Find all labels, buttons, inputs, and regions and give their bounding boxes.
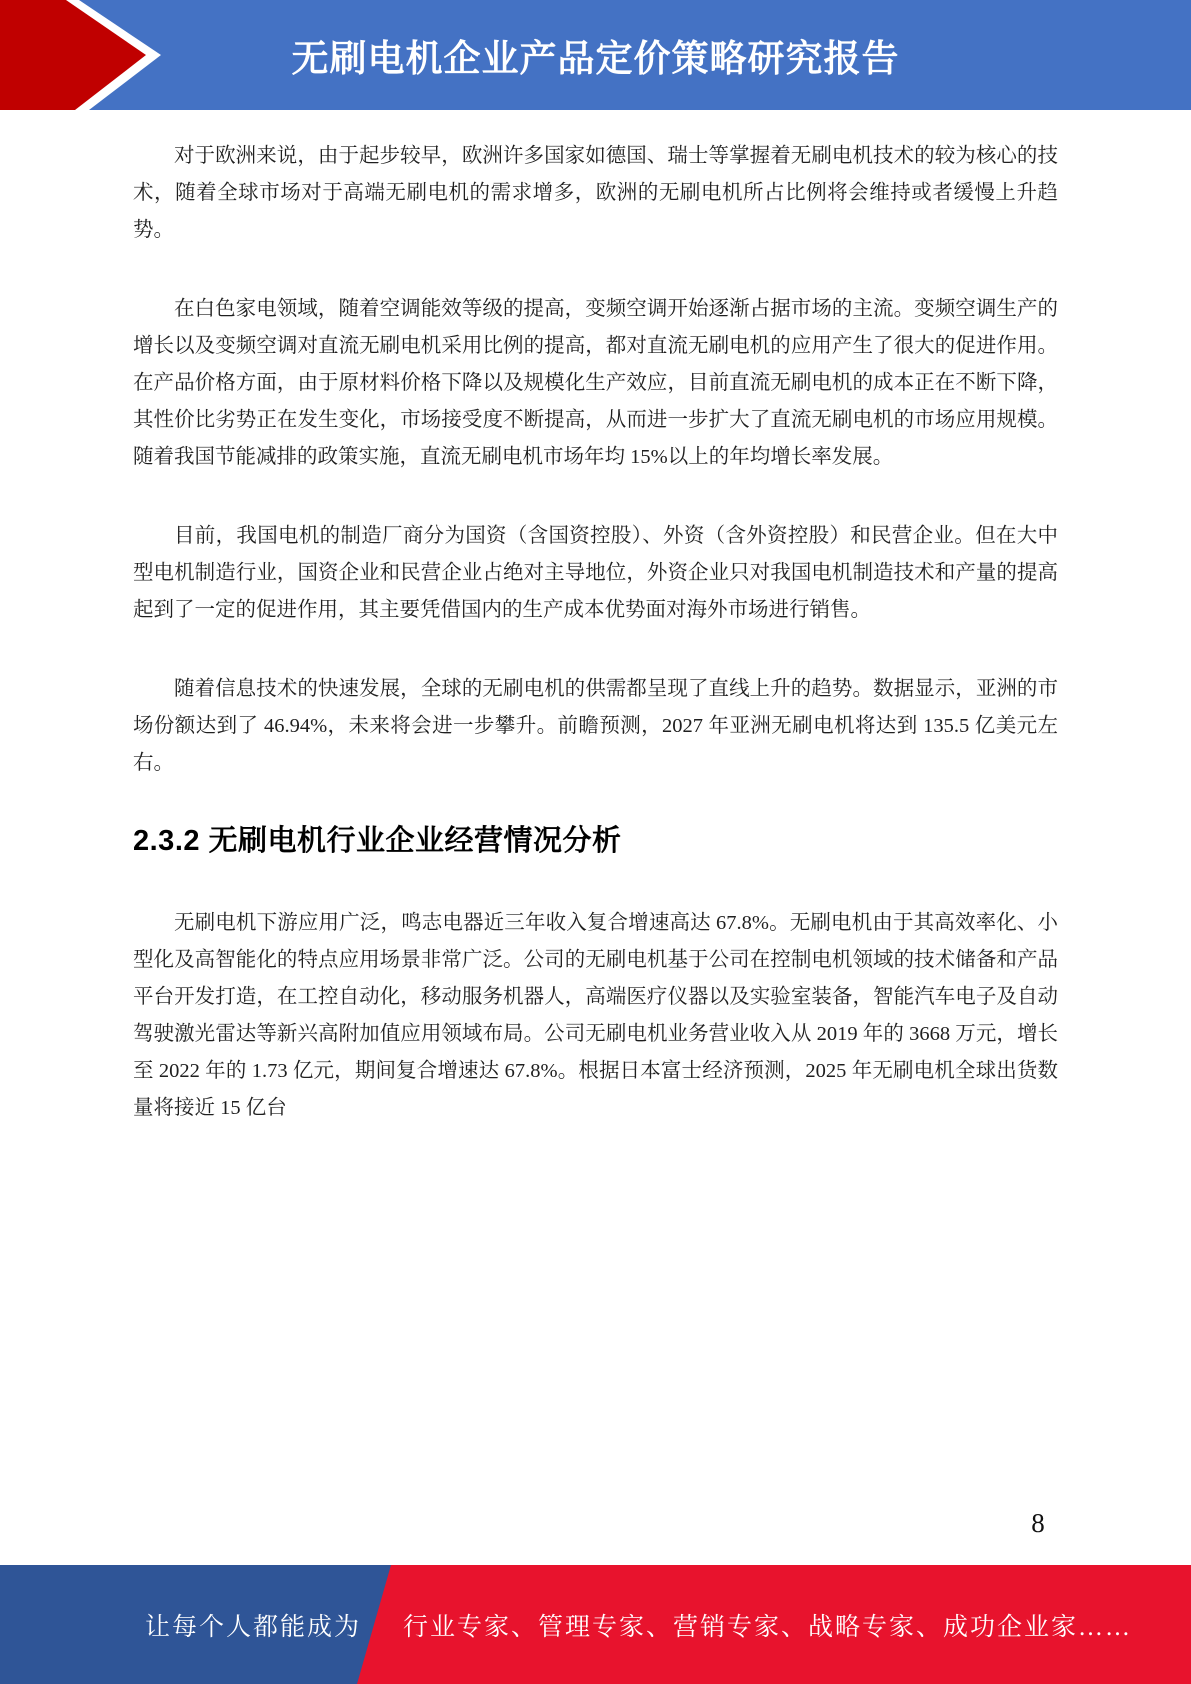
report-title: 无刷电机企业产品定价策略研究报告 xyxy=(0,0,1191,110)
footer-banner: 让每个人都能成为 行业专家、管理专家、营销专家、战略专家、成功企业家…… xyxy=(0,1565,1191,1684)
paragraph-downstream-applications: 无刷电机下游应用广泛，鸣志电器近三年收入复合增速高达 67.8%。无刷电机由于其… xyxy=(133,905,1058,1127)
paragraph-white-goods: 在白色家电领域，随着空调能效等级的提高，变频空调开始逐渐占据市场的主流。变频空调… xyxy=(133,291,1058,476)
footer-slogan-right: 行业专家、管理专家、营销专家、战略专家、成功企业家…… xyxy=(403,1565,1132,1684)
document-body: 对于欧洲来说，由于起步较早，欧洲许多国家如德国、瑞士等掌握着无刷电机技术的较为核… xyxy=(133,138,1058,1169)
report-header-banner: 无刷电机企业产品定价策略研究报告 xyxy=(0,0,1191,110)
paragraph-asia-market-share: 随着信息技术的快速发展，全球的无刷电机的供需都呈现了直线上升的趋势。数据显示，亚… xyxy=(133,671,1058,782)
page-number: 8 xyxy=(1008,1508,1068,1539)
footer-slogan-left: 让每个人都能成为 xyxy=(145,1565,361,1684)
section-heading-2-3-2: 2.3.2 无刷电机行业企业经营情况分析 xyxy=(133,818,1058,859)
paragraph-europe-overview: 对于欧洲来说，由于起步较早，欧洲许多国家如德国、瑞士等掌握着无刷电机技术的较为核… xyxy=(133,138,1058,249)
paragraph-manufacturer-types: 目前，我国电机的制造厂商分为国资（含国资控股）、外资（含外资控股）和民营企业。但… xyxy=(133,518,1058,629)
